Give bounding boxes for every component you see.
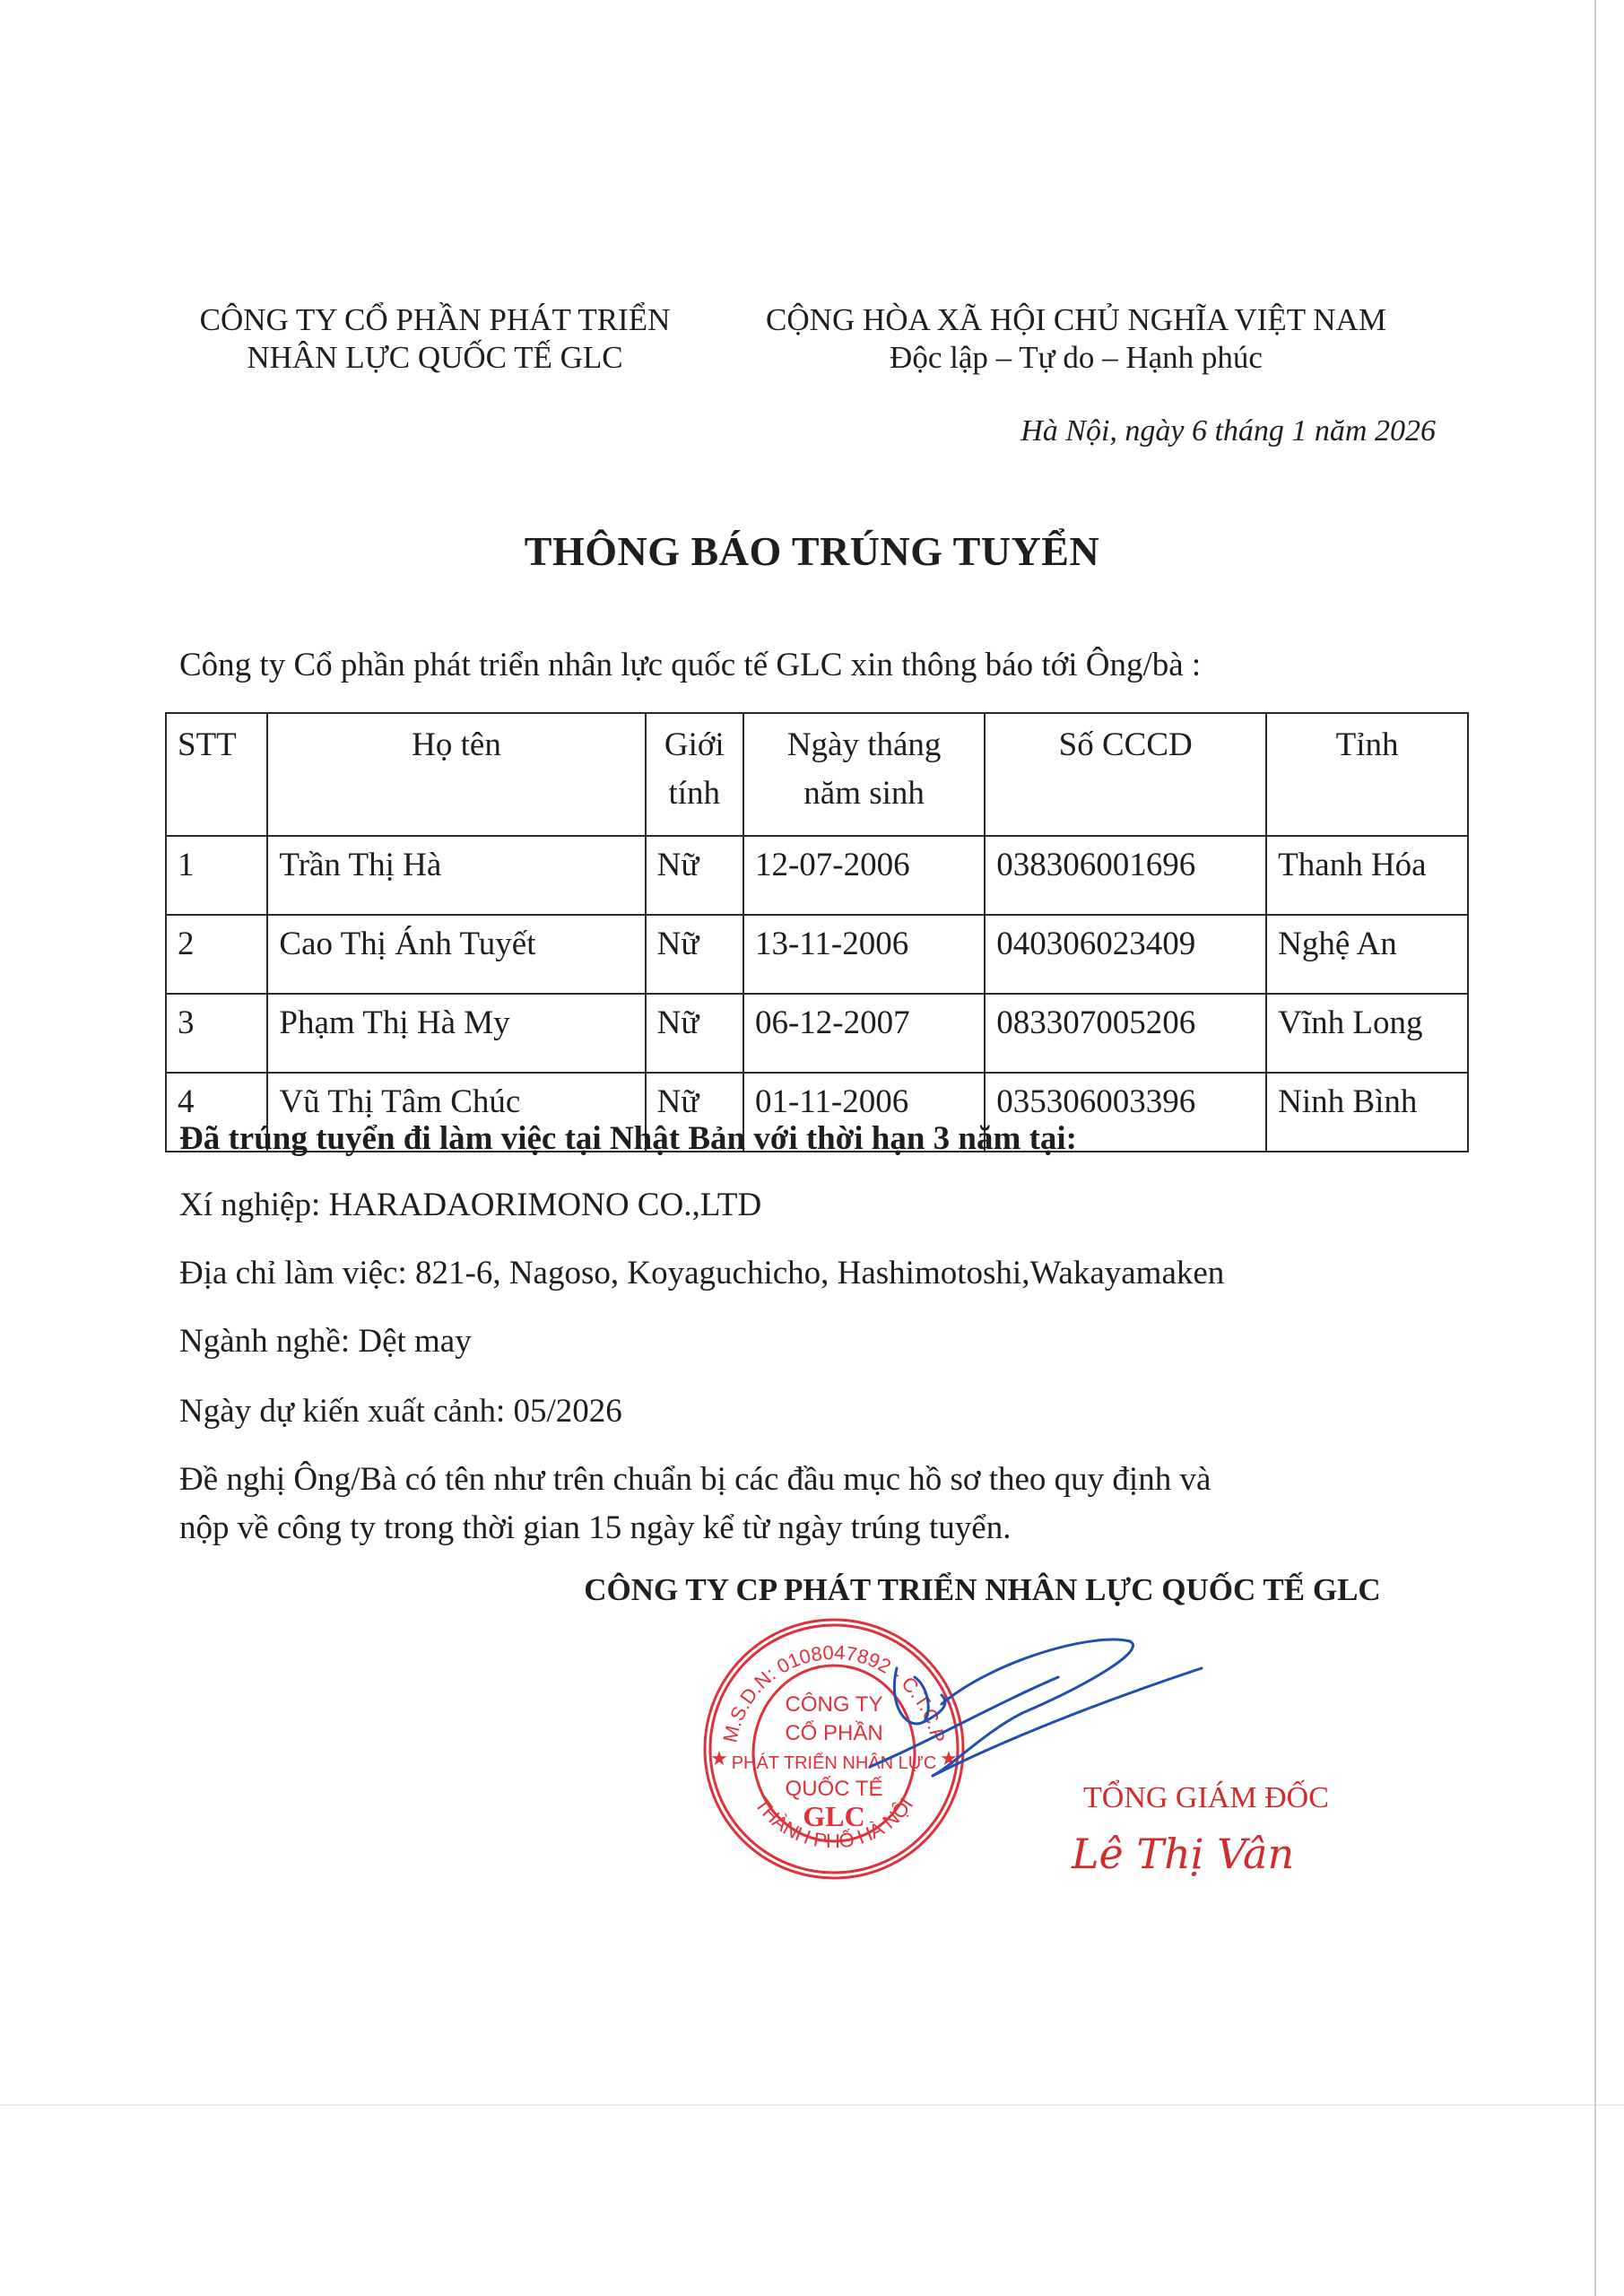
cell-name: Trần Thị Hà	[267, 836, 645, 915]
request-line-1: Đề nghị Ông/Bà có tên như trên chuẩn bị …	[179, 1460, 1211, 1499]
national-motto: CỘNG HÒA XÃ HỘI CHỦ NGHĨA VIỆT NAM Độc l…	[735, 301, 1417, 377]
col-province: Tỉnh	[1266, 713, 1468, 836]
nation-name: CỘNG HÒA XÃ HỘI CHỦ NGHĨA VIỆT NAM	[735, 301, 1417, 339]
intro-text: Công ty Cổ phần phát triển nhân lực quốc…	[179, 646, 1201, 684]
col-dob-line2: năm sinh	[755, 770, 973, 818]
cell-province: Ninh Bình	[1266, 1073, 1468, 1152]
cell-stt: 3	[166, 994, 267, 1073]
cell-name: Phạm Thị Hà My	[267, 994, 645, 1073]
cell-sex: Nữ	[646, 836, 743, 915]
table-row: 3Phạm Thị Hà MyNữ06-12-2007083307005206V…	[166, 994, 1468, 1073]
svg-text:GLC: GLC	[803, 1800, 864, 1832]
industry: Ngành nghề: Dệt may	[179, 1322, 472, 1361]
cell-province: Nghệ An	[1266, 915, 1468, 994]
motto: Độc lập – Tự do – Hạnh phúc	[735, 339, 1417, 377]
selection-statement: Đã trúng tuyển đi làm việc tại Nhật Bản …	[179, 1119, 1077, 1158]
document-title: THÔNG BÁO TRÚNG TUYỂN	[0, 527, 1624, 575]
col-name: Họ tên	[267, 713, 645, 836]
col-sex: Giới tính	[646, 713, 743, 836]
document-date: Hà Nội, ngày 6 tháng 1 năm 2026	[1020, 414, 1436, 448]
cell-id: 083307005206	[985, 994, 1266, 1073]
table-row: 2Cao Thị Ánh TuyếtNữ13-11-20060403060234…	[166, 915, 1468, 994]
issuing-company: CÔNG TY CỔ PHẦN PHÁT TRIỂN NHÂN LỰC QUỐC…	[179, 301, 690, 377]
cell-dob: 13-11-2006	[743, 915, 985, 994]
candidate-table: STT Họ tên Giới tính Ngày tháng năm sinh…	[165, 712, 1469, 1152]
work-address: Địa chỉ làm việc: 821-6, Nagoso, Koyaguc…	[179, 1254, 1224, 1292]
request-line-2: nộp về công ty trong thời gian 15 ngày k…	[179, 1509, 1011, 1547]
cell-dob: 12-07-2006	[743, 836, 985, 915]
cell-sex: Nữ	[646, 994, 743, 1073]
col-dob: Ngày tháng năm sinh	[743, 713, 985, 836]
col-sex-line1: Giới	[657, 721, 732, 770]
company-name-line1: CÔNG TY CỔ PHẦN PHÁT TRIỂN	[179, 301, 690, 339]
cell-id: 040306023409	[985, 915, 1266, 994]
cell-stt: 1	[166, 836, 267, 915]
company-name-line2: NHÂN LỰC QUỐC TẾ GLC	[179, 339, 690, 377]
svg-text:★: ★	[710, 1747, 728, 1770]
col-dob-line1: Ngày tháng	[755, 721, 973, 770]
cell-stt: 2	[166, 915, 267, 994]
signer-role: TỔNG GIÁM ĐỐC	[1083, 1781, 1329, 1815]
handwritten-signature	[861, 1632, 1220, 1794]
cell-sex: Nữ	[646, 915, 743, 994]
cell-province: Vĩnh Long	[1266, 994, 1468, 1073]
scan-fold-line	[0, 2104, 1624, 2106]
cell-id: 038306001696	[985, 836, 1266, 915]
departure-date: Ngày dự kiến xuất cảnh: 05/2026	[179, 1392, 622, 1431]
col-stt: STT	[166, 713, 267, 836]
cell-province: Thanh Hóa	[1266, 836, 1468, 915]
col-sex-line2: tính	[657, 770, 732, 818]
table-row: 1Trần Thị HàNữ12-07-2006038306001696Than…	[166, 836, 1468, 915]
cell-name: Cao Thị Ánh Tuyết	[267, 915, 645, 994]
cell-dob: 06-12-2007	[743, 994, 985, 1073]
table-header-row: STT Họ tên Giới tính Ngày tháng năm sinh…	[166, 713, 1468, 836]
col-id: Số CCCD	[985, 713, 1266, 836]
signer-name: Lê Thị Vân	[1072, 1830, 1294, 1878]
signing-company: CÔNG TY CP PHÁT TRIỂN NHÂN LỰC QUỐC TẾ G…	[0, 1572, 1624, 1608]
page-edge	[1594, 0, 1596, 2296]
enterprise: Xí nghiệp: HARADAORIMONO CO.,LTD	[179, 1186, 761, 1224]
